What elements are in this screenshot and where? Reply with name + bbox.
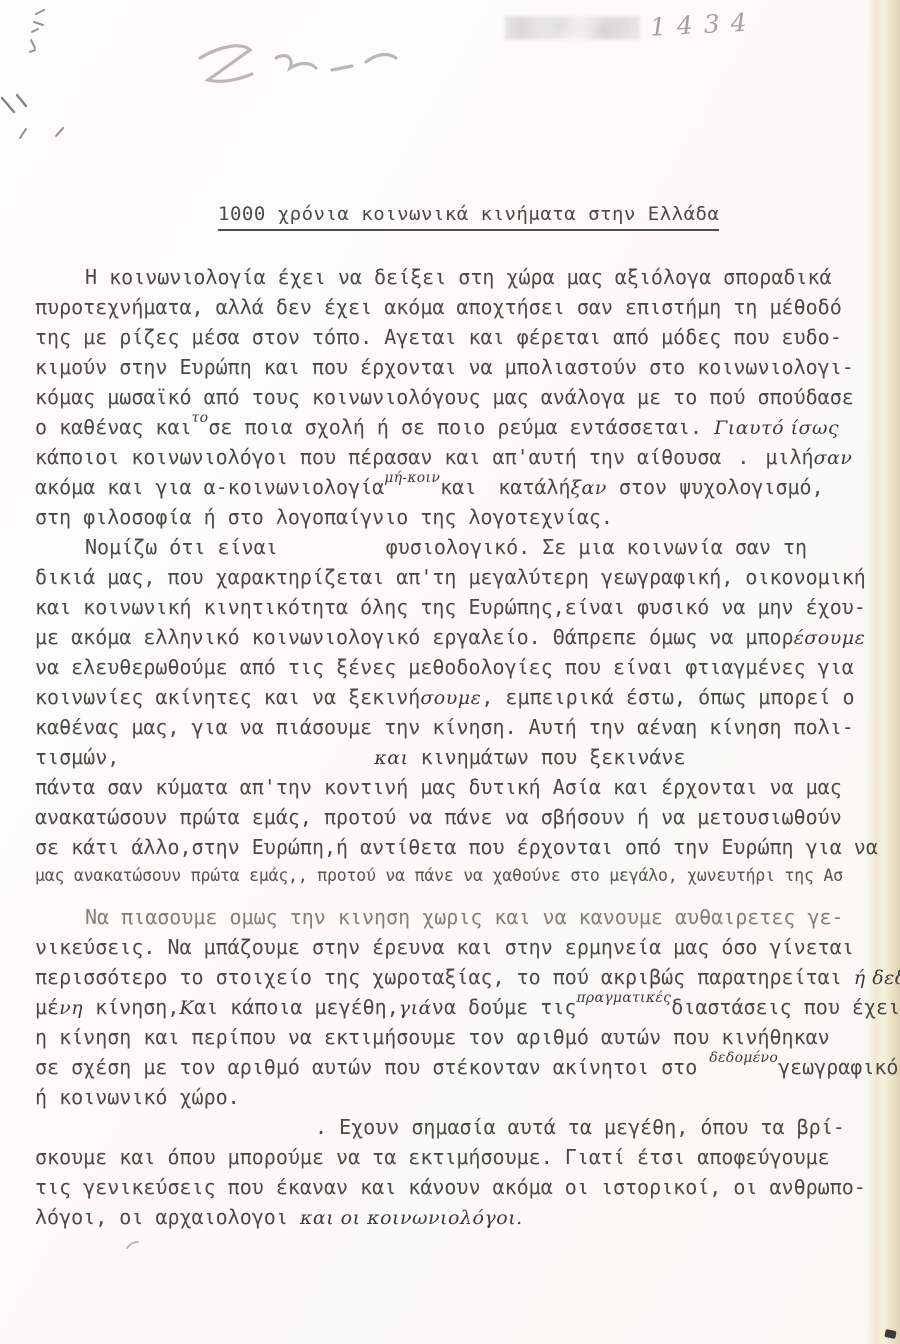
text-line: περισσότερο το στοιχείο της χωροταξίας, … <box>35 962 888 992</box>
typed-text: διαστάσεις που έχει αυτή <box>671 995 900 1019</box>
typed-text: φυσιολογικό. Σε μια κοινωνία σαν τη <box>386 535 807 559</box>
typed-text: λόγοι, οι αρχαιολογοι <box>35 1205 300 1229</box>
text-line: ανακατώσουν πρώτα εμάς, προτού να πάνε ν… <box>35 802 888 832</box>
typed-text: σκουμε και όπου μπορούμε να τα εκτιμήσου… <box>35 1145 830 1169</box>
text-line: ο καθένας καιτοσε ποια σχολή ή σε ποιο ρ… <box>35 412 888 442</box>
typed-text: σε κάτι άλλο,στην Ευρώπη,ή αντίθετα που … <box>35 835 878 859</box>
text-line: κάποιοι κοινωνιολόγοι που πέρασαν και απ… <box>35 442 888 472</box>
handwritten-text: το <box>192 410 209 426</box>
handwritten-text: έσουμε <box>794 627 866 649</box>
document-title: 1000 χρόνια κοινωνικά κινήματα στην Ελλά… <box>218 203 719 231</box>
handwritten-text: Κ <box>179 997 194 1019</box>
typed-text: Η κοινωνιολογία έχει να δείξει στη χώρα … <box>85 265 832 289</box>
typed-text: πάντα σαν κύματα απ'την κοντινή μας δυτι… <box>35 775 842 799</box>
typed-text: σε σχέση με τον αριθμό αυτών που στέκοντ… <box>35 1055 709 1079</box>
document-body: Η κοινωνιολογία έχει να δείξει στη χώρα … <box>35 262 888 1232</box>
pencil-page-number: 1434 <box>649 7 758 42</box>
typed-text: μέ <box>35 995 59 1019</box>
text-line: . Εχουν σημασία αυτά τα μεγέθη, όπου τα … <box>35 1112 888 1142</box>
handwritten-text: σουμε <box>420 687 481 709</box>
typed-text: στη φιλοσοφία ή στο λογοπαίγνιο της λογο… <box>35 505 613 529</box>
text-line: κόμας μωσαϊκό από τους κοινωνιολόγους μα… <box>35 382 888 412</box>
text-line: Νομίζω ότι είναιφυσιολογικό. Σε μια κοιν… <box>35 532 888 562</box>
text-line: τις γενικεύσεις που έκαναν και κάνουν ακ… <box>35 1172 888 1202</box>
typed-text: γεωγραφικό <box>778 1055 898 1079</box>
text-line: πυροτεχνήματα, αλλά δεν έχει ακόμα αποχτ… <box>35 292 888 322</box>
text-line: μένη κίνηση,Και κάποια μεγέθη,γιάνα δούμ… <box>35 992 888 1022</box>
text-line: με ακόμα ελληνικό κοινωνιολογικό εργαλεί… <box>35 622 888 652</box>
typed-text: ή κοινωνικό χώρο. <box>35 1085 240 1109</box>
text-line: ακόμα και για α-κοινωνιολογίαμή-κοινκαικ… <box>35 472 888 502</box>
typed-text: Νομίζω ότι είναι <box>85 535 278 559</box>
typed-text: να ελευθερωθούμε από τις ξένες μεθοδολογ… <box>35 655 854 679</box>
handwritten-text: νη <box>59 997 83 1019</box>
text-line: σε κάτι άλλο,στην Ευρώπη,ή αντίθετα που … <box>35 832 888 862</box>
typed-text: νικεύσεις. Να μπάζουμε στην έρευνα και σ… <box>35 935 854 959</box>
text-line: να ελευθερωθούμε από τις ξένες μεθοδολογ… <box>35 652 888 682</box>
text-line: πάντα σαν κύματα απ'την κοντινή μας δυτι… <box>35 772 888 802</box>
text-line: κοινωνίες ακίνητες και να ξεκινήσουμε, ε… <box>35 682 888 712</box>
text-line: δικιά μας, που χαρακτηρίζεται απ'τη μεγα… <box>35 562 888 592</box>
typed-text: . <box>737 445 749 469</box>
typed-text: δικιά μας, που χαρακτηρίζεται απ'τη μεγα… <box>35 565 866 589</box>
faint-pencil-smudge <box>505 16 640 40</box>
handwritten-text: και <box>374 747 408 769</box>
typed-text: ανακατώσουν πρώτα εμάς, προτού να πάνε ν… <box>35 805 842 829</box>
typed-text: στον ψυχολογισμό, <box>607 475 824 499</box>
pencil-marks-top-left <box>24 8 58 60</box>
text-line: σε σχέση με τον αριθμό αυτών που στέκοντ… <box>35 1052 888 1082</box>
handwritten-text: και οι κοινωνιολόγοι. <box>300 1207 523 1229</box>
typed-text: καθένας μας, για να πιάσουμε την κίνηση.… <box>35 715 854 739</box>
typed-text: σε ποια σχολή ή σε ποιο ρεύμα εντάσσεται… <box>208 415 714 439</box>
typed-text: , εμπειρικά έστω, όπως μπορεί ο <box>481 685 854 709</box>
text-line: ή κοινωνικό χώρο. <box>35 1082 888 1112</box>
typed-text: κάποιοι κοινωνιολόγοι που πέρασαν και απ… <box>35 445 721 469</box>
handwritten-text: γιά <box>399 997 432 1019</box>
typed-text: η κίνηση και περίπου να εκτιμήσουμε τον … <box>35 1025 830 1049</box>
typed-text: μιλή <box>765 445 813 469</box>
text-line: τισμών,και κινημάτων που ξεκινάνε <box>35 742 888 772</box>
text-line: λόγοι, οι αρχαιολογοι και οι κοινωνιολόγ… <box>35 1202 888 1232</box>
typed-text: της με ρίζες μέσα στον τόπο. Αγεται και … <box>35 325 842 349</box>
scanned-document-page: 1434 1000 χρόνια κοινωνικά κινήματα στην… <box>0 0 900 1344</box>
typed-text: πυροτεχνήματα, αλλά δεν έχει ακόμα αποχτ… <box>35 295 842 319</box>
typed-text: τις γενικεύσεις που έκαναν και κάνουν ακ… <box>35 1175 866 1199</box>
typed-text: ακόμα και για α-κοινωνιολογία <box>35 475 384 499</box>
typed-text: κοινωνίες ακίνητες και να ξεκινή <box>35 685 420 709</box>
typed-text: κινημάτων που ξεκινάνε <box>409 745 686 769</box>
text-line: Να πιασουμε ομως την κινηση χωρις και να… <box>35 902 888 932</box>
typed-text: Να πιασουμε ομως την κινηση χωρις και να… <box>85 905 844 929</box>
typed-text: κιμούν στην Ευρώπη και που έρχονται να μ… <box>35 355 854 379</box>
typed-text: ο καθένας και <box>35 415 192 439</box>
text-line: Η κοινωνιολογία έχει να δείξει στη χώρα … <box>35 262 888 292</box>
typed-text: περισσότερο το στοιχείο της χωροταξίας, … <box>35 965 854 989</box>
handwritten-text: πραγματικές <box>576 990 671 1006</box>
text-line: στη φιλοσοφία ή στο λογοπαίγνιο της λογο… <box>35 502 888 532</box>
handwritten-text: Γιαυτό ίσως <box>714 417 839 439</box>
text-line: κιμούν στην Ευρώπη και που έρχονται να μ… <box>35 352 888 382</box>
typed-text: με ακόμα ελληνικό κοινωνιολογικό εργαλεί… <box>35 625 794 649</box>
handwritten-text: σαν <box>814 447 853 469</box>
typed-text: κατάλή <box>498 475 570 499</box>
typed-text: τισμών, <box>35 745 119 769</box>
pencil-slash-marks <box>0 92 28 124</box>
text-line: σκουμε και όπου μπορούμε να τα εκτιμήσου… <box>35 1142 888 1172</box>
handwritten-text: δεδομένο <box>709 1050 778 1066</box>
text-line: της με ρίζες μέσα στον τόπο. Αγεται και … <box>35 322 888 352</box>
text-line: η κίνηση και περίπου να εκτιμήσουμε τον … <box>35 1022 888 1052</box>
text-line: μας ανακατώσουν πρώτα εμάς,, προτού να π… <box>35 864 888 888</box>
typed-text: και κοινωνική κινητικότητα όλης της Ευρώ… <box>35 595 866 619</box>
handwritten-text: μή-κοιν <box>384 470 440 486</box>
text-line: και κοινωνική κινητικότητα όλης της Ευρώ… <box>35 592 888 622</box>
typed-text: αι κάποια μεγέθη, <box>194 995 399 1019</box>
pencil-signature-scribble <box>190 28 430 98</box>
typed-text: και <box>440 475 476 499</box>
typed-text: . Εχουν σημασία αυτά τα μεγέθη, όπου τα … <box>315 1115 845 1139</box>
small-tick-marks <box>18 126 66 142</box>
typed-text: κίνηση, <box>83 995 179 1019</box>
handwritten-text: ή δεδο <box>854 967 900 989</box>
stray-pencil-tick <box>124 1236 144 1252</box>
typed-text: κόμας μωσαϊκό από τους κοινωνιολόγους μα… <box>35 385 854 409</box>
typed-text: να δούμε τις <box>432 995 577 1019</box>
typed-text: μας ανακατώσουν πρώτα εμάς,, προτού να π… <box>35 866 843 885</box>
text-line: νικεύσεις. Να μπάζουμε στην έρευνα και σ… <box>35 932 888 962</box>
handwritten-text: ξαν <box>571 477 607 499</box>
text-line: καθένας μας, για να πιάσουμε την κίνηση.… <box>35 712 888 742</box>
